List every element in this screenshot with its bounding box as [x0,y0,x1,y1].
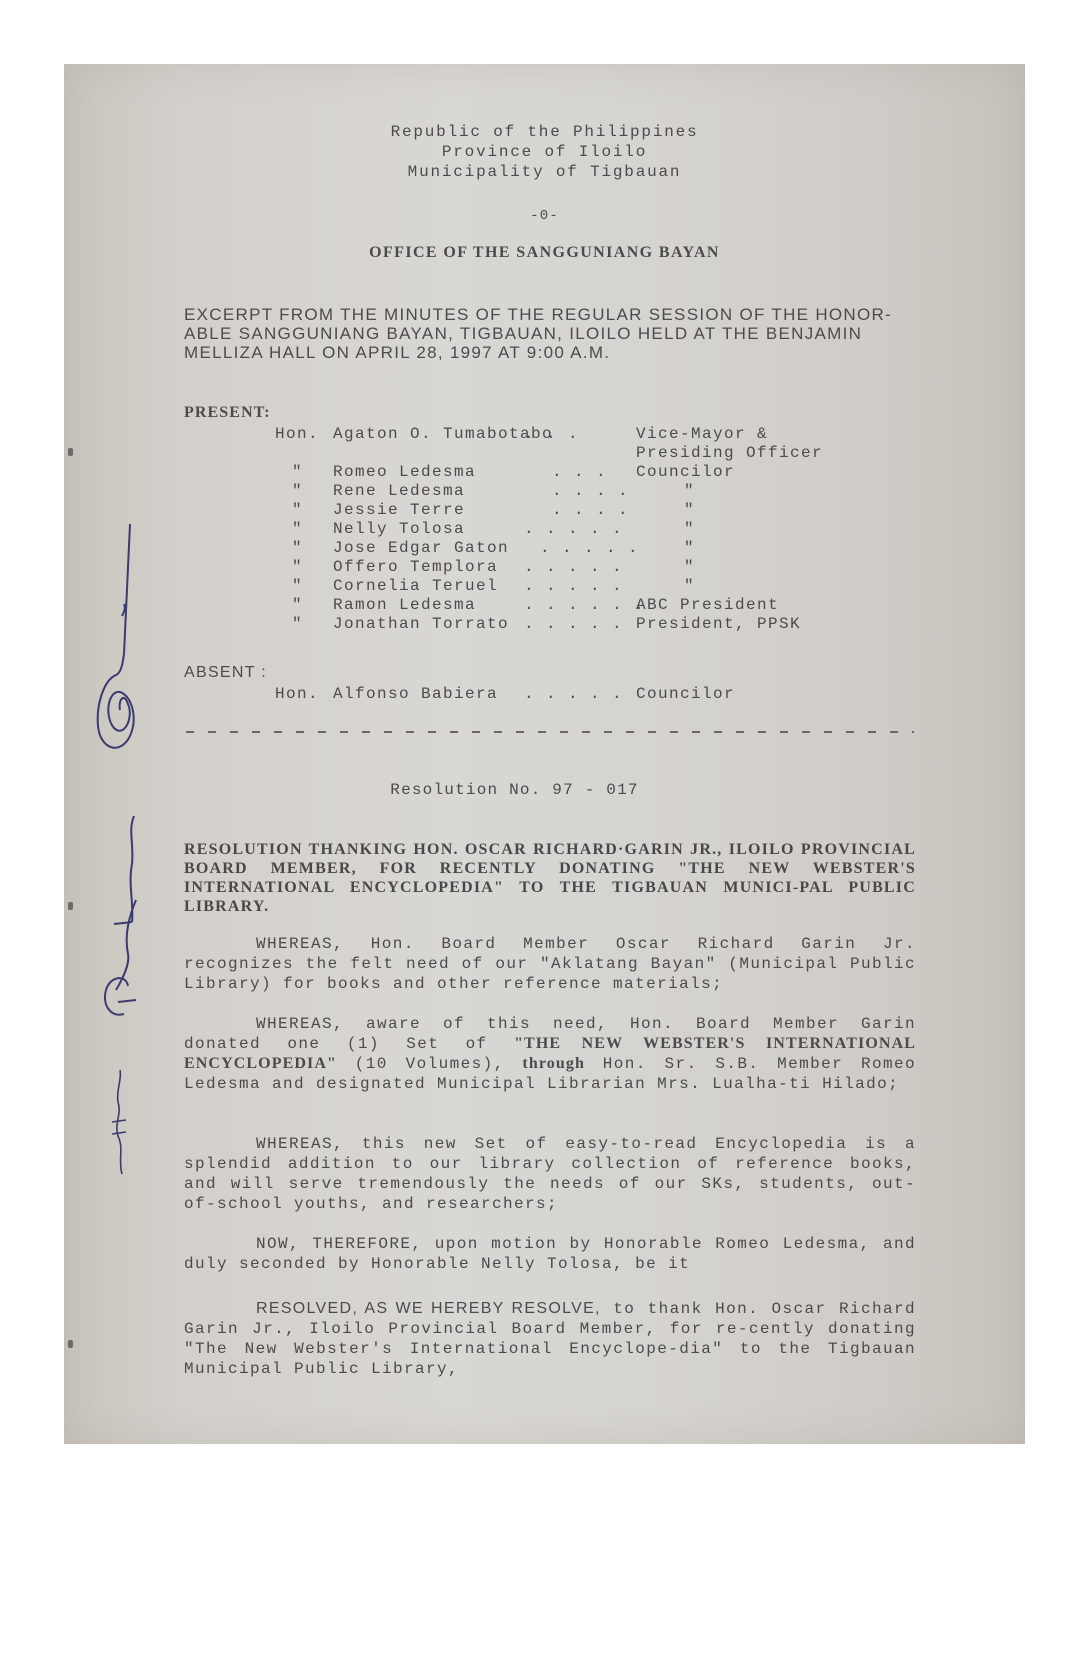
excerpt-line: EXCERPT FROM THE MINUTES OF THE REGULAR … [184,305,892,325]
whereas-paragraph-2: WHEREAS, aware of this need, Hon. Board … [184,1014,916,1094]
attendee-position: Councilor [636,685,735,703]
resolved-heading: RESOLVED, AS WE HEREBY RESOLVE, [256,1300,601,1317]
attendee-prefix: " [292,539,303,557]
letterhead-province: Province of Iloilo [64,142,1025,163]
whereas-paragraph-3: WHEREAS, this new Set of easy-to-read En… [184,1134,916,1214]
section-divider [186,731,914,733]
attendee-prefix: Hon. [275,685,319,703]
attendee-dots: . . . . [552,501,629,519]
present-row: "Romeo Ledesma. . .Councilor [184,463,944,483]
attendee-position: " [684,539,695,557]
attendee-name: Jose Edgar Gaton [333,539,509,557]
attendee-name: Ramon Ledesma [333,596,476,614]
attendee-name: Romeo Ledesma [333,463,476,481]
present-row: "Rene Ledesma. . . ." [184,482,944,502]
excerpt-line: MELLIZA HALL ON APRIL 28, 1997 AT 9:00 A… [184,343,610,363]
binding-mark [68,1340,73,1348]
whereas-paragraph-1: WHEREAS, Hon. Board Member Oscar Richard… [184,934,916,994]
attendee-name: Alfonso Babiera [333,685,498,703]
attendee-name: Agaton O. Tumabotabo [333,425,553,443]
attendee-position: Vice-Mayor & [636,425,768,443]
attendee-position: Councilor [636,463,735,481]
excerpt-line: ABLE SANGGUNIANG BAYAN, TIGBAUAN, ILOILO… [184,324,862,344]
present-label: PRESENT: [184,404,271,422]
attendee-dots: . . . . . [524,615,623,633]
para2-bold-through: through [522,1055,585,1072]
absent-label: ABSENT : [184,664,267,682]
present-row: "Jonathan Torrato. . . . .President, PPS… [184,615,944,635]
attendee-name: Rene Ledesma [333,482,465,500]
attendee-dots: . . . . [552,482,629,500]
attendee-name: Jonathan Torrato [333,615,509,633]
attendee-dots: . . . [552,463,607,481]
attendee-dots: . . . [524,425,579,443]
attendee-position: " [684,558,695,576]
attendee-dots: . . . . . [540,539,639,557]
attendee-prefix: " [292,463,303,481]
attendee-prefix: " [292,501,303,519]
present-row: "Cornelia Teruel. . . . ." [184,577,944,597]
attendee-position: " [684,501,695,519]
attendee-prefix: " [292,577,303,595]
attendee-dots: . . . . . [524,520,623,538]
attendee-dots: . . . . . [524,577,623,595]
attendee-position: " [684,577,695,595]
attendee-dots: . . . . . [524,558,623,576]
attendee-prefix: " [292,482,303,500]
attendee-dots: . . . . . . [524,596,645,614]
para2-text: (10 Volumes), [337,1055,522,1073]
letterhead-municipality: Municipality of Tigbauan [64,162,1025,183]
absent-row: Hon. Alfonso Babiera . . . . . Councilor [184,685,944,705]
attendee-name: Nelly Tolosa [333,520,465,538]
letterhead-separator: -0- [64,208,1025,224]
resolved-paragraph: RESOLVED, AS WE HEREBY RESOLVE, to thank… [184,1299,916,1379]
attendee-name: Offero Templora [333,558,498,576]
resolution-number: Resolution No. 97 - 017 [34,781,995,799]
binding-mark [68,448,73,456]
present-row: "Jose Edgar Gaton. . . . ." [184,539,944,559]
attendee-name: Jessie Terre [333,501,465,519]
present-row: "Nelly Tolosa. . . . ." [184,520,944,540]
attendee-prefix: " [292,558,303,576]
attendee-position: President, PPSK [636,615,801,633]
resolution-title: RESOLUTION THANKING HON. OSCAR RICHARD·G… [184,840,916,916]
present-row: "Ramon Ledesma. . . . . .ABC President [184,596,944,616]
attendee-position-continued: Presiding Officer [636,444,823,462]
document-page: Republic of the Philippines Province of … [64,64,1025,1444]
attendee-prefix: Hon. [275,425,319,443]
present-row: Hon.Agaton O. Tumabotabo. . .Vice-Mayor … [184,425,944,445]
office-heading: OFFICE OF THE SANGGUNIANG BAYAN [64,244,1025,262]
attendee-prefix: " [292,615,303,633]
attendee-position: " [684,520,695,538]
handwritten-signature-icon [84,504,154,774]
handwritten-initials-icon [88,804,148,1044]
attendee-prefix: " [292,520,303,538]
present-row: "Jessie Terre. . . ." [184,501,944,521]
attendee-position: " [684,482,695,500]
handwritten-note-icon [100,1064,134,1184]
attendee-dots: . . . . . [524,685,623,703]
letterhead-republic: Republic of the Philippines [64,122,1025,143]
now-therefore-paragraph: NOW, THEREFORE, upon motion by Honorable… [184,1234,916,1274]
present-row: "Offero Templora. . . . ." [184,558,944,578]
attendee-name: Cornelia Teruel [333,577,498,595]
attendee-position: ABC President [636,596,779,614]
attendee-prefix: " [292,596,303,614]
binding-mark [68,902,73,910]
